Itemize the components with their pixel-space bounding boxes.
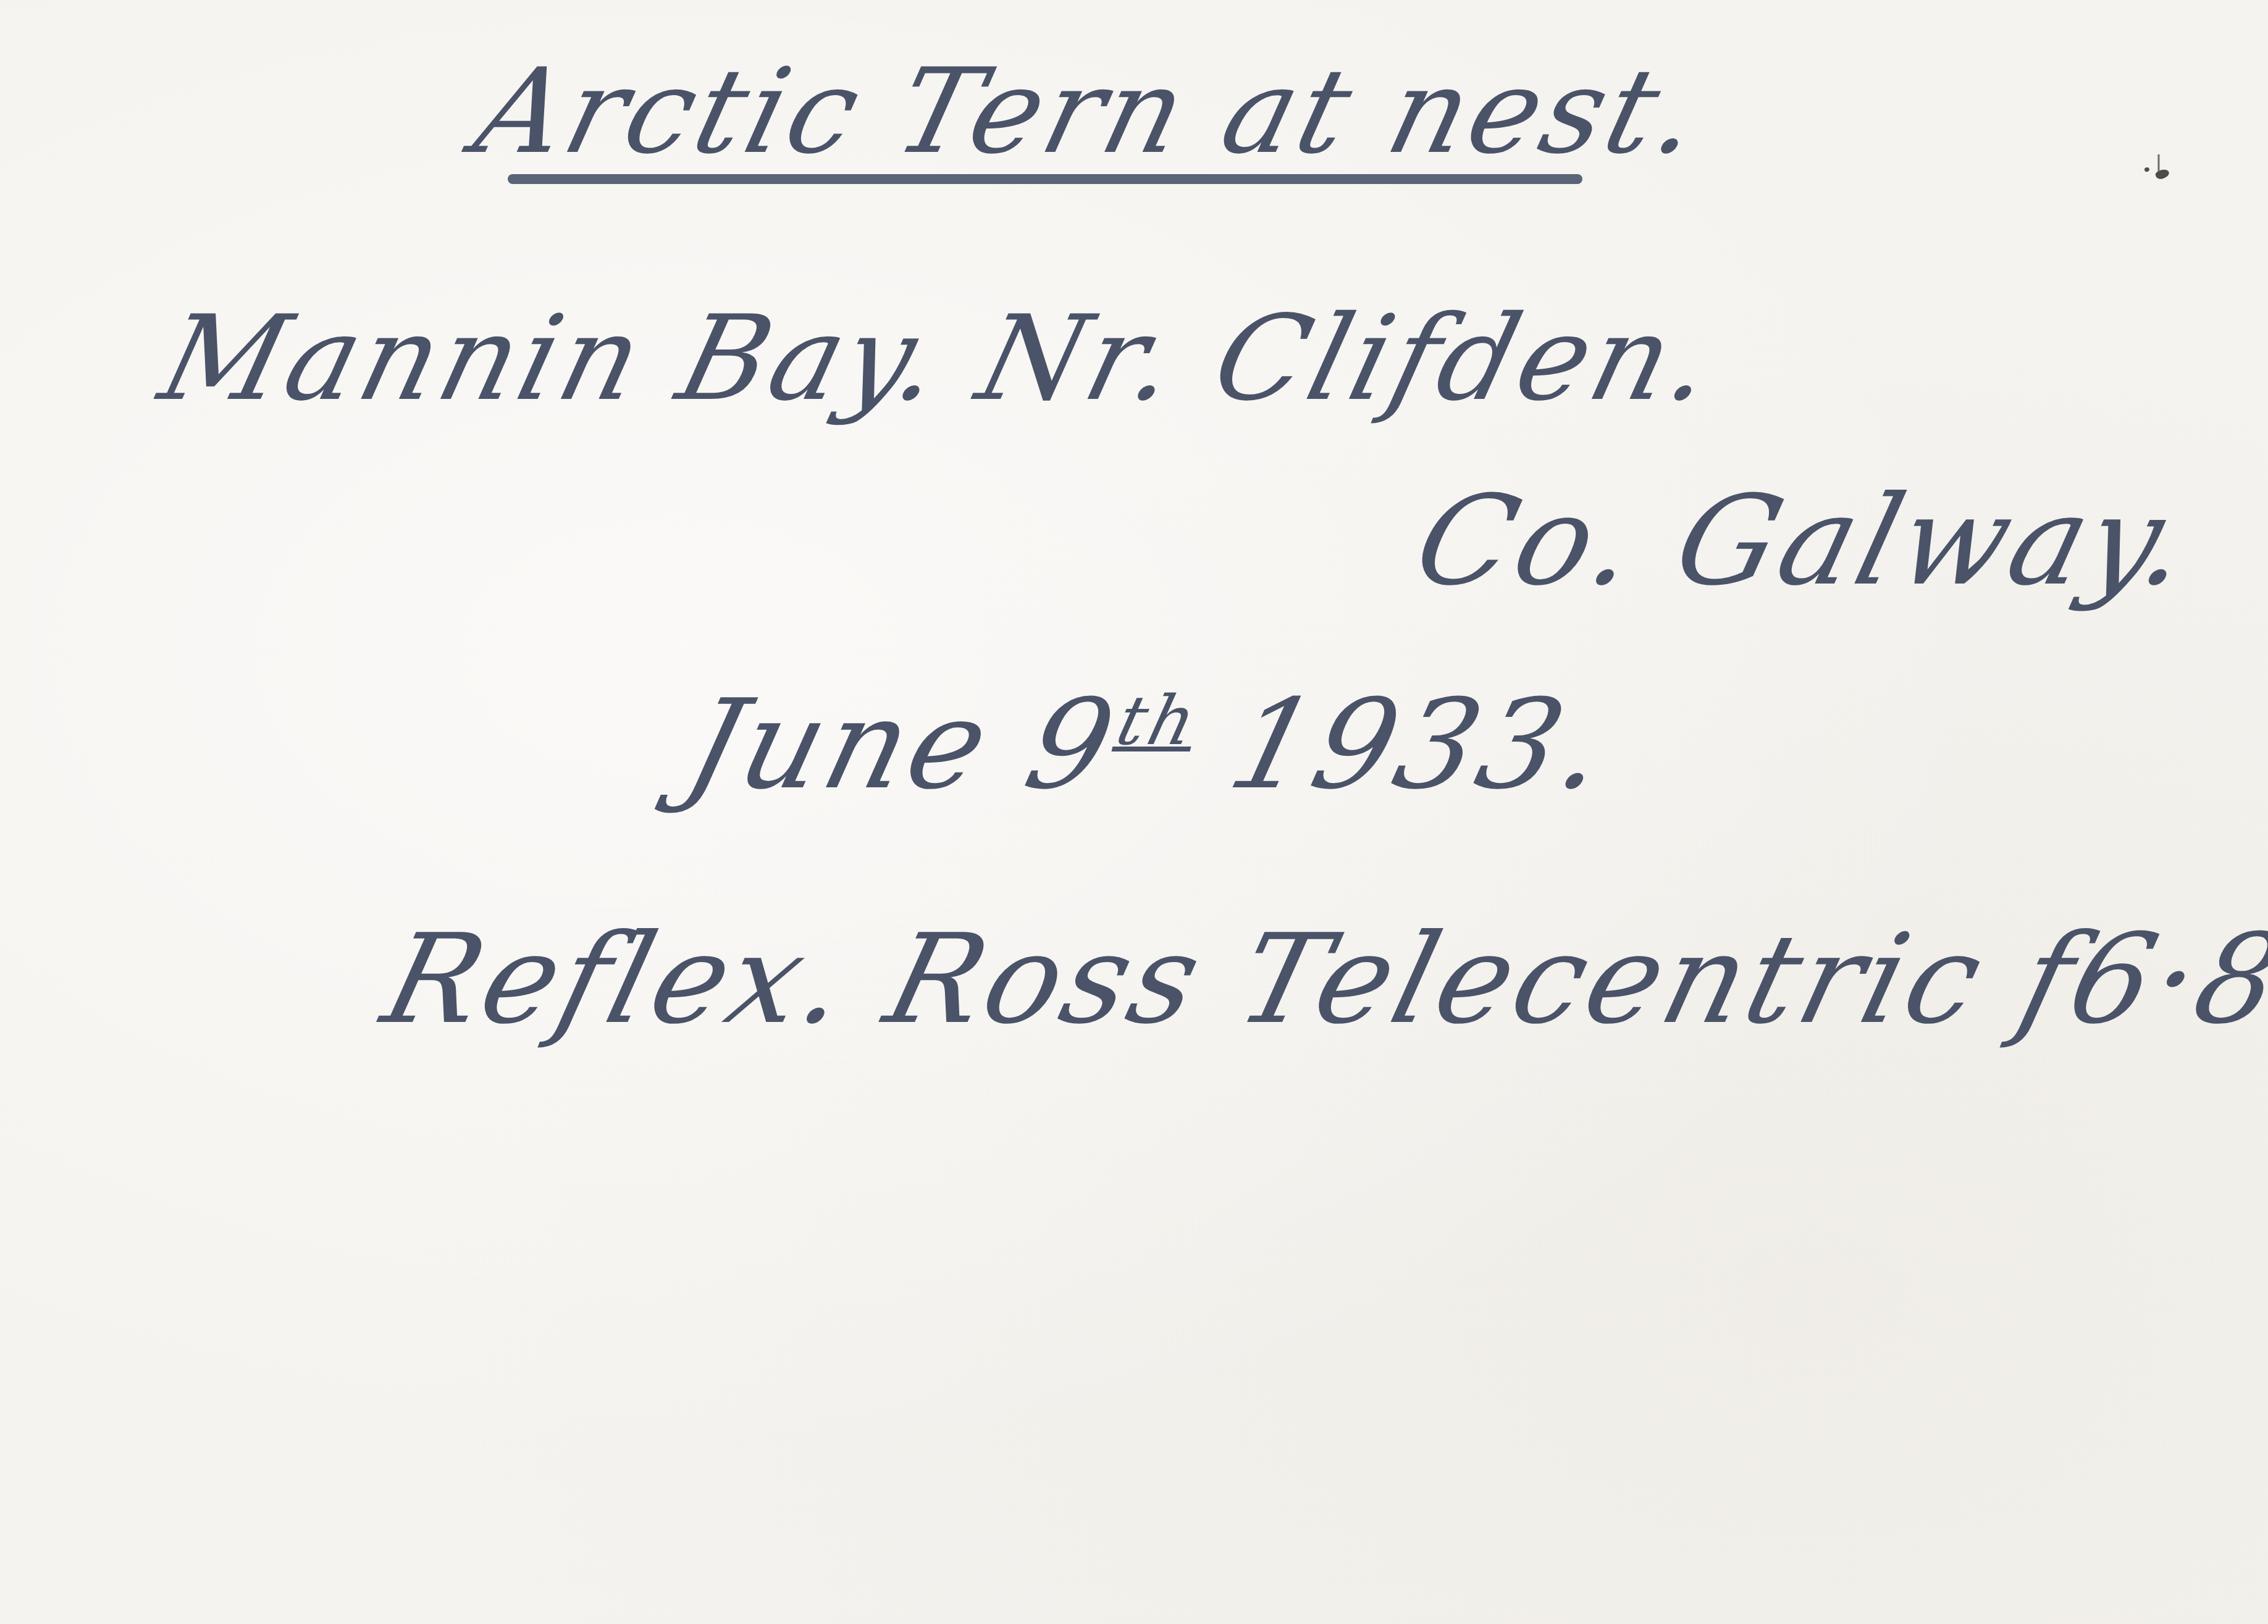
- county-line: Co. Galway.: [1402, 469, 2208, 613]
- date-year: 1933.: [1174, 673, 1624, 817]
- caption-card: Arctic Tern at nest. Mannin Bay. Nr. Cli…: [0, 0, 2268, 1624]
- caption-title: Arctic Tern at nest.: [463, 43, 1718, 180]
- equipment-line: Reflex. Ross Telecentric f6·8.: [371, 908, 2268, 1052]
- date-line: June 9th 1933.: [673, 673, 1624, 817]
- date-day: June 9: [673, 673, 1131, 817]
- location-line: Mannin Bay. Nr. Clifden.: [148, 290, 1731, 427]
- title-underline: [508, 174, 1582, 184]
- dust-speck: [2154, 168, 2170, 181]
